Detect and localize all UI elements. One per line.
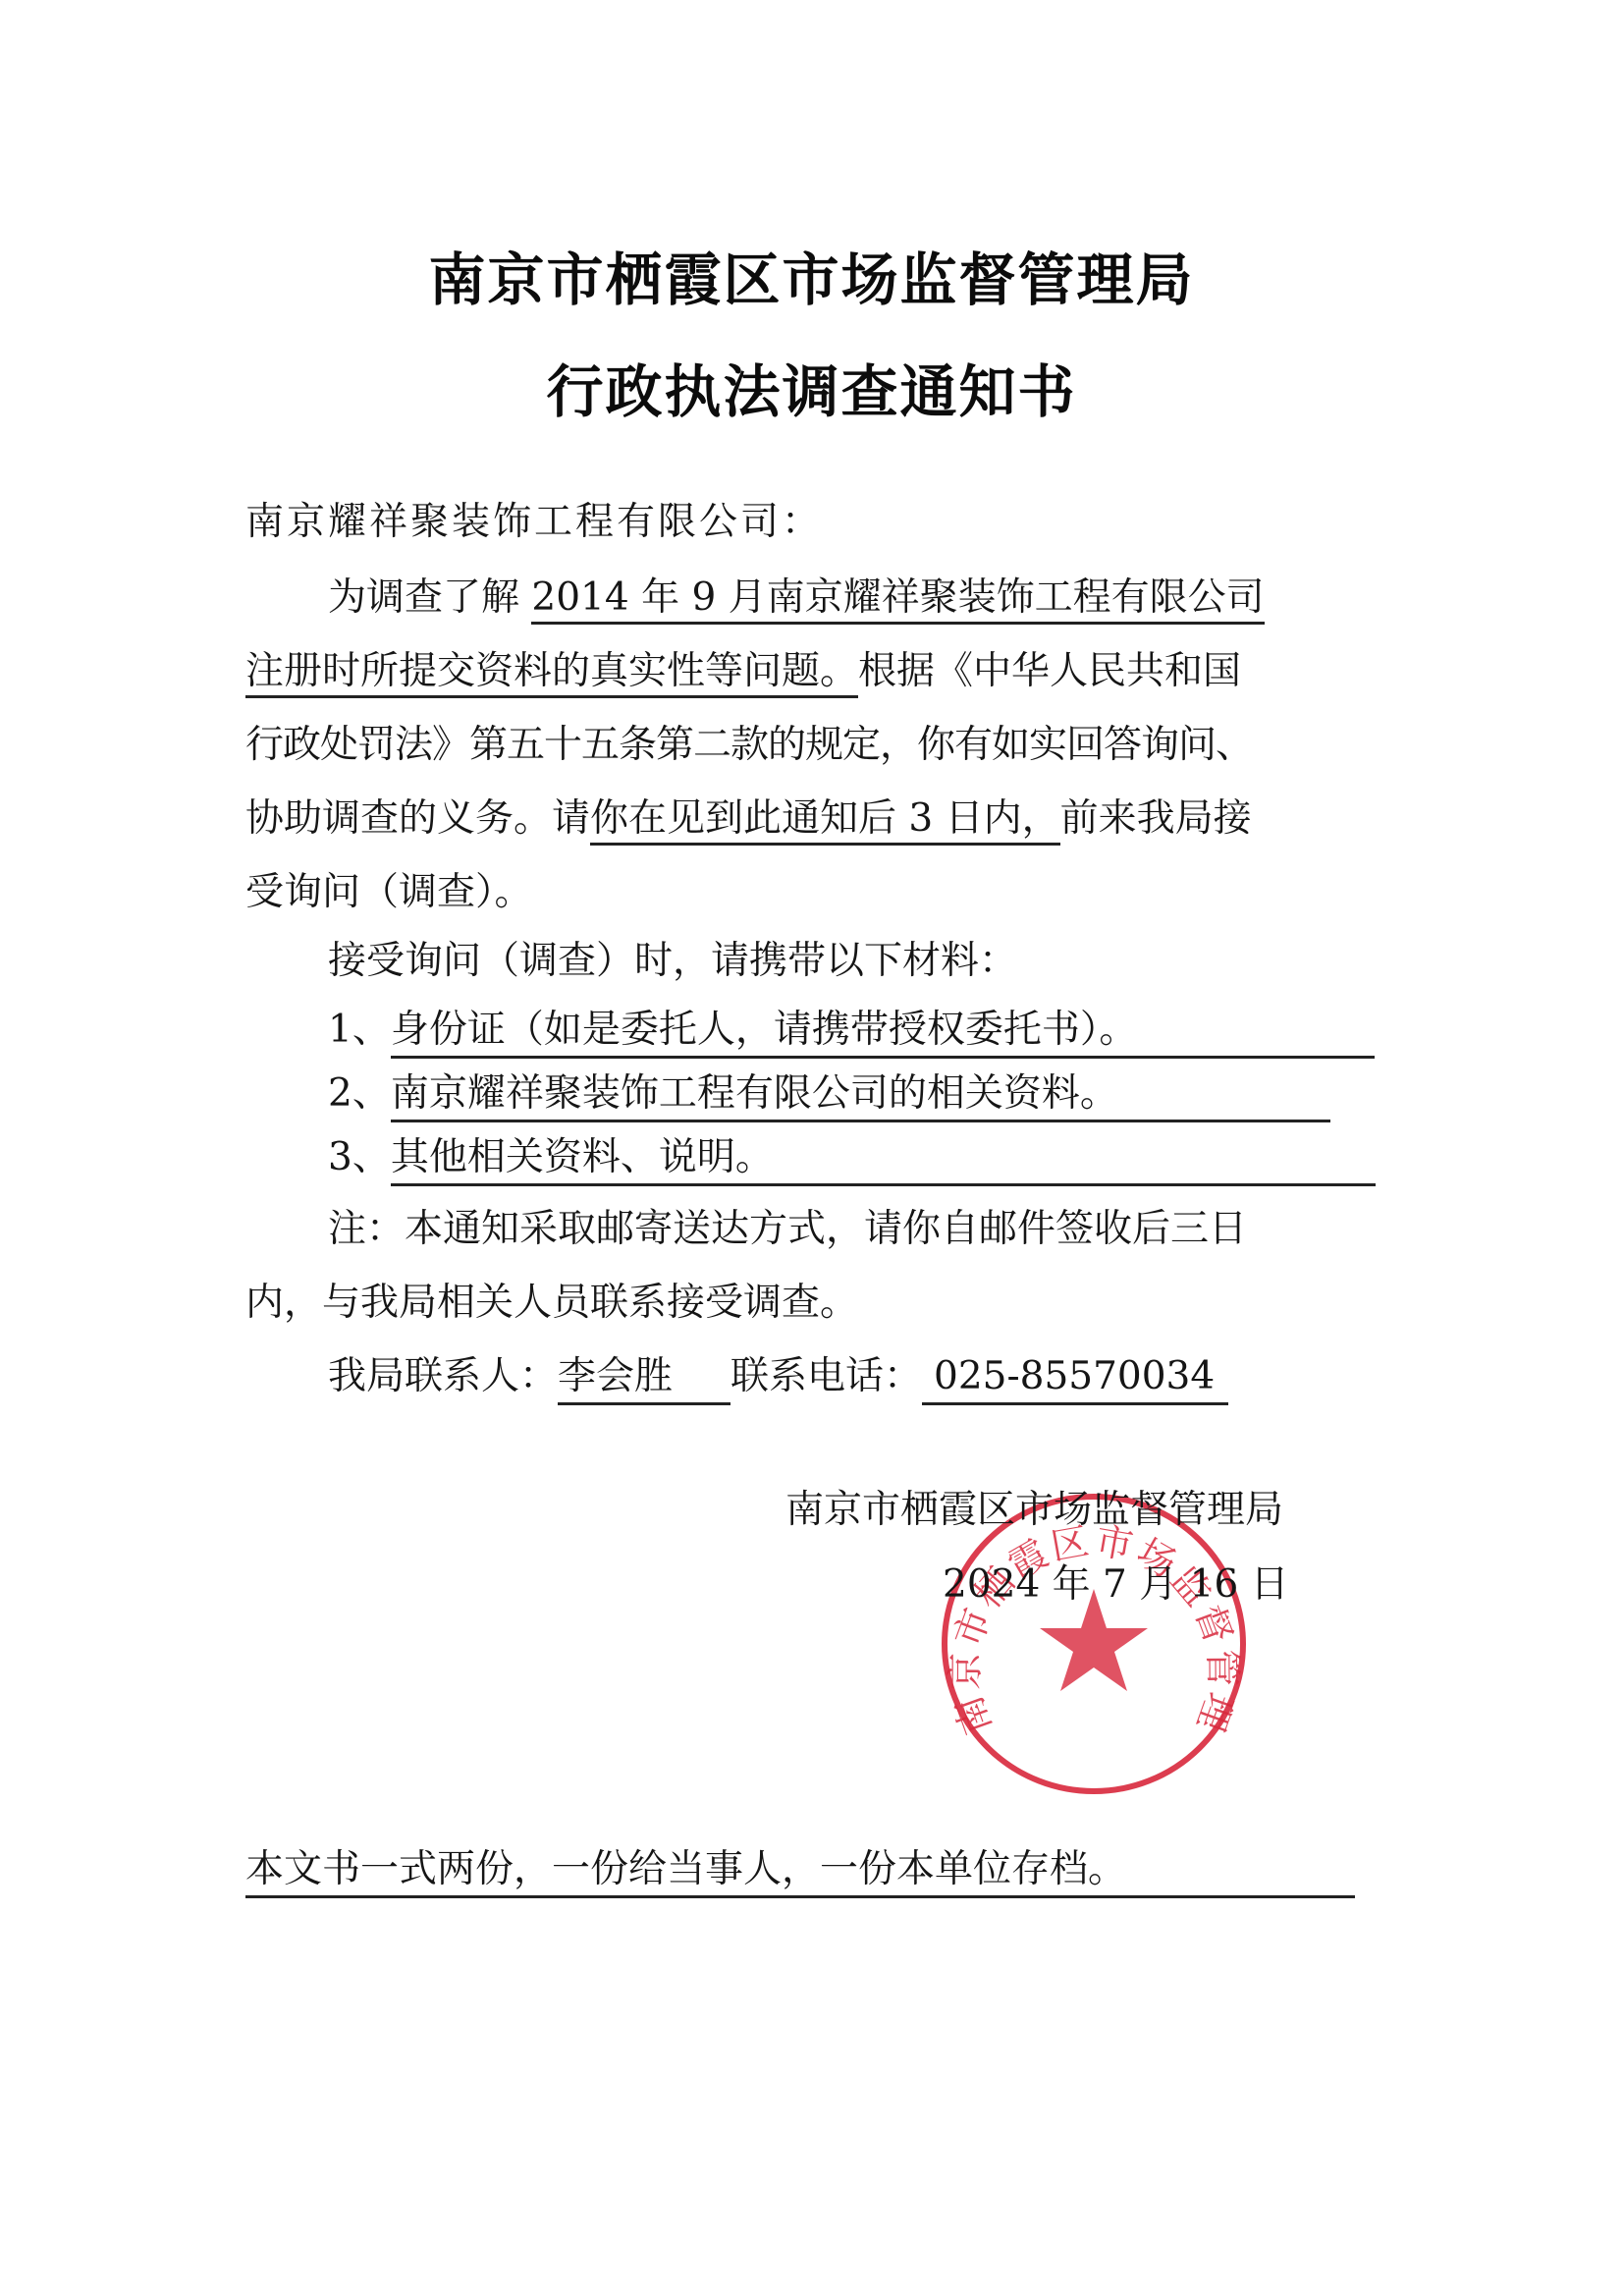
signing-agency: 南京市栖霞区市场监督管理局 xyxy=(785,1487,1283,1534)
material-item-1: 1、身份证（如是委托人，请携带授权委托书）。 xyxy=(328,1007,1375,1059)
note-line-2: 内，与我局相关人员联系接受调查。 xyxy=(245,1280,858,1327)
phone-label: 联系电话： xyxy=(730,1354,922,1398)
underlined-deadline: 你在见到此通知后 3 日内， xyxy=(590,796,1060,846)
official-seal: 南京市栖霞区市场监督管理局 xyxy=(938,1491,1250,1797)
item-text: 南京耀祥聚装饰工程有限公司的相关资料。 xyxy=(391,1070,1330,1122)
contact-phone: 025-85570034 xyxy=(922,1353,1228,1405)
footer-note: 本文书一式两份，一份给当事人，一份本单位存档。 xyxy=(245,1846,1355,1898)
paragraph-1-line-2: 注册时所提交资料的真实性等问题。根据《中华人民共和国 xyxy=(245,648,1241,695)
document-title-agency: 南京市栖霞区市场监督管理局 xyxy=(0,234,1623,316)
text: 前来我局接 xyxy=(1060,796,1252,841)
item-number: 1、 xyxy=(328,1008,391,1052)
contact-name: 李会胜 xyxy=(558,1353,730,1405)
signing-date: 2024 年 7 月 16 日 xyxy=(943,1561,1289,1609)
text: 协助调查的义务。请 xyxy=(245,796,590,841)
document-title-type: 行政执法调查通知书 xyxy=(0,346,1623,428)
contact-line: 我局联系人：李会胜联系电话：025-85570034 xyxy=(328,1353,1228,1405)
seal-icon: 南京市栖霞区市场监督管理局 xyxy=(938,1491,1250,1797)
item-number: 3、 xyxy=(328,1135,391,1179)
paragraph-1-line-5: 受询问（调查）。 xyxy=(245,869,533,916)
contact-label: 我局联系人： xyxy=(328,1354,558,1398)
note-line-1: 注：本通知采取邮寄送达方式，请你自邮件签收后三日 xyxy=(328,1206,1247,1253)
paragraph-1-line-4: 协助调查的义务。请你在见到此通知后 3 日内，前来我局接 xyxy=(245,795,1252,843)
item-text: 其他相关资料、说明。 xyxy=(391,1134,1376,1186)
footer-note-text: 本文书一式两份，一份给当事人，一份本单位存档。 xyxy=(245,1846,1355,1898)
item-text: 身份证（如是委托人，请携带授权委托书）。 xyxy=(391,1007,1375,1059)
addressee: 南京耀祥聚装饰工程有限公司： xyxy=(245,499,823,546)
paragraph-1-line-3: 行政处罚法》第五十五条第二款的规定，你有如实回答询问、 xyxy=(245,722,1253,769)
material-item-3: 3、其他相关资料、说明。 xyxy=(328,1134,1376,1186)
underlined-subject: 注册时所提交资料的真实性等问题。 xyxy=(245,649,858,698)
underlined-subject: 2014 年 9 月南京耀祥聚装饰工程有限公司 xyxy=(531,575,1264,625)
item-number: 2、 xyxy=(328,1071,391,1116)
paragraph-1-line-1: 为调查了解 2014 年 9 月南京耀祥聚装饰工程有限公司 xyxy=(328,574,1265,622)
text: 根据《中华人民共和国 xyxy=(858,649,1241,693)
text: 为调查了解 xyxy=(328,575,519,620)
materials-intro: 接受询问（调查）时，请携带以下材料： xyxy=(328,938,1017,985)
material-item-2: 2、南京耀祥聚装饰工程有限公司的相关资料。 xyxy=(328,1070,1330,1122)
